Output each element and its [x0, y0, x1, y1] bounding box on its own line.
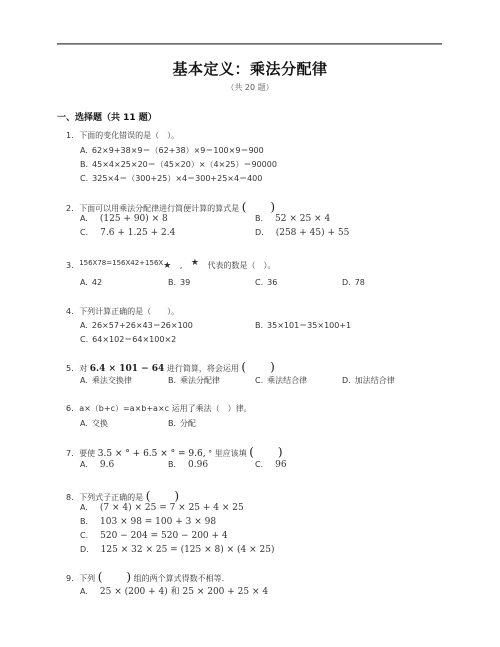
option-a[interactable]: A.62×9+38×9＝（62+38）×9＝100×9＝900 [80, 145, 264, 156]
option-text: 39 [180, 278, 190, 287]
question-stem: 组的两个算式得数不相等. [134, 574, 225, 583]
option-a[interactable]: A.25 × (200 + 4) 和 25 × 200 + 25 × 4 [80, 584, 268, 597]
option-c[interactable]: C.96 [255, 460, 287, 470]
option-text: 乘法交换律 [92, 376, 132, 385]
option-a[interactable]: A.26×57+26×43＝26×100 [80, 320, 193, 331]
option-label: A. [80, 146, 88, 155]
option-label: B. [255, 321, 263, 330]
question-3: 3. 156X78=156X42+156X★ , ★ 代表的数是（ ）。 [66, 258, 276, 271]
option-label: B. [168, 460, 176, 469]
option-label: C. [80, 174, 88, 183]
option-text: (125 + 90) × 8 [100, 214, 168, 224]
option-text: 520 − 204 = 520 − 200 + 4 [100, 531, 228, 541]
option-label: A. [80, 587, 88, 596]
option-text: 加法结合律 [355, 376, 395, 385]
question-stem: 下面可以用乘法分配律进行简便计算的算式是 [79, 204, 239, 213]
option-text: (258 + 45) + 55 [276, 228, 350, 238]
option-b[interactable]: B.39 [168, 278, 190, 287]
question-number: 8. [66, 493, 74, 502]
option-label: C. [255, 376, 263, 385]
question-1: 1. 下面的变化错误的是（ ）。 [66, 130, 179, 141]
option-b[interactable]: B.35×101＝35×100+1 [255, 320, 351, 331]
option-text: 0.96 [188, 460, 208, 470]
question-number: 9. [66, 574, 74, 583]
star-icon: ★ [163, 261, 171, 271]
option-a[interactable]: A.(125 + 90) × 8 [80, 214, 168, 224]
option-label: D. [342, 278, 351, 287]
option-text: 7.6 + 1.25 + 2.4 [100, 228, 175, 238]
question-stem: 下列 [79, 574, 95, 583]
option-b[interactable]: B.乘法分配律 [168, 375, 220, 386]
option-text: 45×4×25×20＝（45×20）×（4×25）＝90000 [92, 160, 277, 169]
option-c[interactable]: C.520 − 204 = 520 − 200 + 4 [80, 531, 228, 541]
question-number: 4. [66, 307, 74, 316]
option-label: C. [255, 278, 263, 287]
option-c[interactable]: C.7.6 + 1.25 + 2.4 [80, 228, 175, 238]
question-stem: 进行简算，将会运用 [167, 364, 239, 373]
option-label: B. [168, 278, 176, 287]
math-expression: 3.5 × ° + 6.5 × ° = 9.6, [98, 449, 206, 459]
option-c[interactable]: C.36 [255, 278, 277, 287]
question-stem: ° 里应该填 [208, 449, 247, 458]
option-c[interactable]: C.325×4＝（300+25）×4＝300+25×4＝400 [80, 173, 262, 184]
question-stem: 对 [79, 364, 87, 373]
star-icon: ★ [191, 258, 199, 268]
option-a[interactable]: A.(7 × 4) × 25 = 7 × 25 + 4 × 25 [80, 503, 244, 513]
option-label: C. [80, 228, 88, 237]
option-text: 分配 [180, 419, 196, 428]
option-text: 78 [355, 278, 365, 287]
answer-blank[interactable]: ( ) [241, 360, 274, 374]
question-number: 3. [66, 261, 74, 270]
option-b[interactable]: B.0.96 [168, 460, 208, 470]
question-number: 1. [66, 131, 74, 140]
option-text: 乘法结合律 [267, 376, 307, 385]
option-text: 103 × 98 = 100 + 3 × 98 [100, 517, 216, 527]
question-4: 4. 下列计算正确的是（ ）。 [66, 306, 179, 317]
option-label: B. [168, 419, 176, 428]
option-label: B. [80, 160, 88, 169]
question-5: 5. 对 6.4 × 101 − 64 进行简算，将会运用 ( ) [66, 358, 275, 375]
option-text: (7 × 4) × 25 = 7 × 25 + 4 × 25 [100, 503, 244, 513]
option-text: 交换 [92, 419, 108, 428]
option-text: 35×101＝35×100+1 [267, 321, 351, 330]
option-text: 25 × (200 + 4) 和 25 × 200 + 25 × 4 [100, 587, 268, 597]
option-label: D. [342, 376, 351, 385]
option-text: 乘法分配律 [180, 376, 220, 385]
question-6: 6. a×（b+c）=a×b+a×c 运用了乘法（ ）律。 [66, 403, 252, 414]
option-label: C. [255, 460, 263, 469]
option-b[interactable]: B.103 × 98 = 100 + 3 × 98 [80, 517, 216, 527]
option-b[interactable]: B.45×4×25×20＝（45×20）×（4×25）＝90000 [80, 159, 277, 170]
option-label: D. [255, 228, 264, 237]
section-title: 一、选择题（共 11 题） [57, 110, 157, 123]
option-label: C. [80, 531, 88, 540]
option-label: A. [80, 460, 88, 469]
option-text: 42 [92, 278, 102, 287]
option-b[interactable]: B.分配 [168, 418, 196, 429]
question-8: 8. 下列式子正确的是 ( ) [66, 487, 179, 504]
option-label: A. [80, 278, 88, 287]
option-text: 62×9+38×9＝（62+38）×9＝100×9＝900 [92, 146, 264, 155]
option-label: A. [80, 321, 88, 330]
question-stem: 下列式子正确的是 [79, 493, 143, 502]
answer-blank[interactable]: ( ) [146, 489, 179, 503]
option-text: 64×102＝64×100×2 [92, 335, 176, 344]
option-a[interactable]: A.9.6 [80, 460, 114, 470]
option-label: B. [168, 376, 176, 385]
question-stem: 下面的变化错误的是（ ）。 [79, 131, 179, 140]
question-number: 2. [66, 204, 74, 213]
option-c[interactable]: C.乘法结合律 [255, 375, 307, 386]
option-text: 9.6 [100, 460, 114, 470]
option-d[interactable]: D.加法结合律 [342, 375, 395, 386]
question-number: 6. [66, 404, 74, 413]
option-c[interactable]: C.64×102＝64×100×2 [80, 334, 176, 345]
option-a[interactable]: A.乘法交换律 [80, 375, 132, 386]
option-text: 96 [275, 460, 286, 470]
option-b[interactable]: B.52 × 25 × 4 [255, 214, 330, 224]
answer-blank[interactable]: ( ) [242, 200, 275, 214]
question-2: 2. 下面可以用乘法分配律进行简便计算的算式是 ( ) [66, 198, 275, 215]
option-label: B. [255, 214, 263, 223]
math-expression: 6.4 × 101 − 64 [90, 364, 165, 374]
option-label: C. [80, 335, 88, 344]
option-label: A. [80, 214, 88, 223]
option-d[interactable]: D.(258 + 45) + 55 [255, 228, 349, 238]
question-7: 7. 要使 3.5 × ° + 6.5 × ° = 9.6, ° 里应该填 ( … [66, 443, 283, 460]
option-d[interactable]: D.78 [342, 278, 365, 287]
question-stem: 要使 [79, 449, 95, 458]
option-label: A. [80, 376, 88, 385]
option-text: 325×4＝（300+25）×4＝300+25×4＝400 [92, 174, 262, 183]
option-text: 52 × 25 × 4 [275, 214, 330, 224]
question-stem: 下列计算正确的是（ ）。 [79, 307, 179, 316]
option-text: 36 [267, 278, 277, 287]
answer-blank[interactable]: ( ) [249, 445, 282, 459]
option-a[interactable]: A.42 [80, 278, 102, 287]
option-label: A. [80, 419, 88, 428]
option-d[interactable]: D.125 × 32 × 25 = (125 × 8) × (4 × 25) [80, 545, 275, 555]
option-text: 26×57+26×43＝26×100 [92, 321, 193, 330]
option-text: 125 × 32 × 25 = (125 × 8) × (4 × 25) [101, 545, 275, 555]
question-number: 5. [66, 364, 74, 373]
option-label: D. [80, 545, 89, 554]
option-label: A. [80, 503, 88, 512]
option-a[interactable]: A.交换 [80, 418, 108, 429]
option-label: B. [80, 517, 88, 526]
question-number: 7. [66, 449, 74, 458]
question-stem: a×（b+c）=a×b+a×c 运用了乘法（ ）律。 [79, 404, 251, 413]
header-rule [57, 43, 442, 45]
document-title: 基本定义：乘法分配律 [0, 58, 500, 79]
question-9: 9. 下列 ( ) 组的两个算式得数不相等. [66, 568, 224, 585]
equation-image: 156X78=156X42+156X [79, 259, 163, 267]
question-stem: 代表的数是（ ）。 [208, 261, 276, 270]
question-count: （共 20 题） [0, 82, 500, 93]
answer-blank[interactable]: ( ) [98, 570, 131, 584]
